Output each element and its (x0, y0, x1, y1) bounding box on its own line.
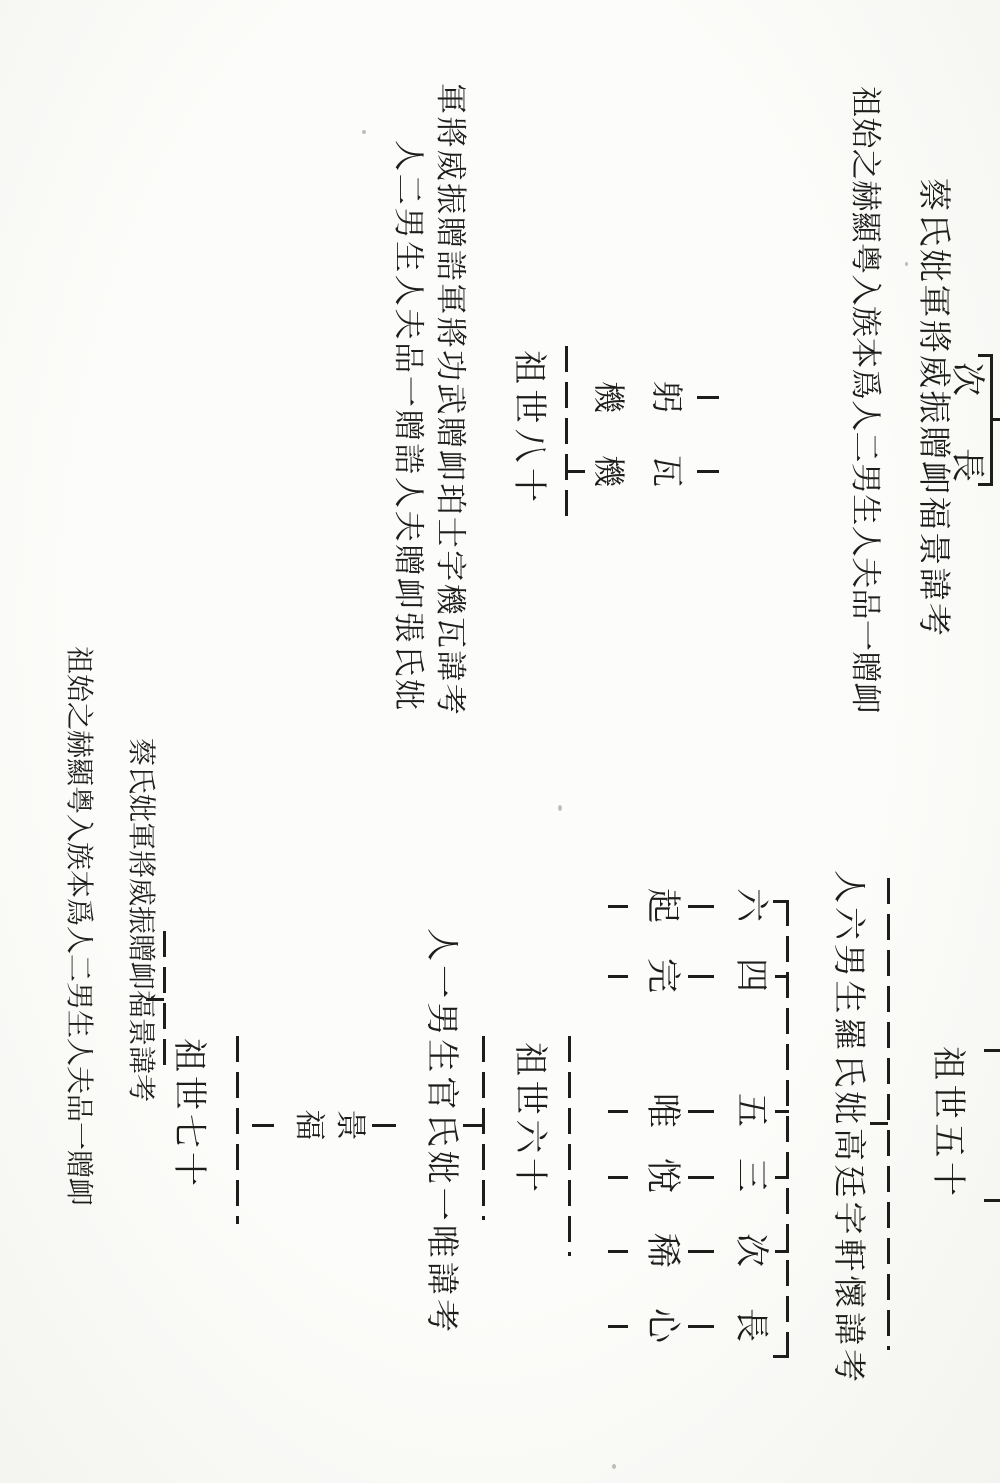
genealogy-chart: 祖世五十 人六男生羅氏妣高廷字軒懷諱考 六 起 四 完 五 唯 三 悅 次 稀 (0, 0, 1000, 1483)
gen18-mother-line: 人二男生人夫品一贈誥人夫贈卹張氏妣 (393, 140, 424, 710)
brace-hook (978, 354, 993, 357)
son-name: 起 (645, 888, 680, 923)
son-tail-line (608, 1325, 628, 1328)
son-tail-line (252, 1124, 274, 1127)
bracket-tick (775, 1250, 789, 1253)
gen15-rail-line (887, 878, 890, 1350)
son-name: 悅 (645, 1158, 680, 1193)
son-rank-label: 六 (733, 888, 767, 922)
son-name: 稀 (645, 1233, 680, 1268)
gen16-lower-rail (482, 1036, 485, 1220)
gen16-son-name: 景福 (294, 1109, 366, 1141)
gen16-upper-rail (568, 1036, 571, 1256)
son-tail-line (608, 1176, 628, 1179)
son-rank-label: 次 (733, 1233, 767, 1267)
gen17-mother-line: 祖始之赫顯粤入族本爲人二男生人夫品一贈卹 (64, 646, 92, 1206)
son-connector (688, 975, 714, 978)
gen18-rail (565, 346, 568, 526)
son-tail-line (608, 905, 628, 908)
gen15-drop-tick (870, 1122, 888, 1125)
bracket-tick (775, 975, 789, 978)
gen15-sons-bracket (786, 900, 789, 1358)
son-name: 瓦機 (593, 454, 683, 488)
gen18-up-tick (568, 470, 585, 473)
son-connector (697, 470, 719, 473)
scan-area: 祖世五十 人六男生羅氏妣高廷字軒懷諱考 六 起 四 完 五 唯 三 悅 次 稀 (0, 0, 1000, 1483)
gen16-drop-tick (463, 1124, 483, 1127)
gen15-parents-line: 人六男生羅氏妣高廷字軒懷諱考 (831, 870, 864, 1382)
bracket-hook (773, 1355, 789, 1358)
son-rank-label: 三 (733, 1158, 767, 1192)
bracket-tick (775, 1110, 789, 1113)
scan-speck (905, 262, 908, 266)
gen17-repeat-father-line: 蔡氏妣軍將威振贈卹福景諱考 (916, 178, 949, 636)
gen17-lower-rail (163, 931, 166, 1073)
gen17-heading: 祖世七十 (171, 1038, 205, 1186)
gen15-heading: 祖世五十 (930, 1046, 964, 1196)
scan-speck (612, 1464, 616, 1469)
son-name: 心 (645, 1308, 680, 1343)
bracket-hook (773, 900, 789, 903)
son-name: 唯 (645, 1093, 680, 1128)
gen17-repeat-mother-line: 祖始之赫顯粤入族本爲人二男生人夫品一贈卹 (850, 86, 881, 714)
son-connector (372, 1124, 396, 1127)
gen16-heading: 祖世六十 (512, 1042, 546, 1192)
son-connector (688, 1325, 714, 1328)
son-rank-label: 長 (733, 1308, 767, 1342)
top-edge-connector-line (984, 1049, 1000, 1052)
son-connector (688, 1250, 714, 1253)
son-rank-label: 次 (949, 362, 983, 396)
son-connector (697, 396, 719, 399)
scanned-genealogy-page: { "page": { "paper_color": "#f9f9f6", "i… (0, 0, 1000, 1483)
brace-hook (978, 483, 993, 486)
son-rank-label: 四 (733, 958, 767, 992)
gen16-parents-line: 人一男生官氏妣一唯諱考 (424, 928, 457, 1332)
gen18-heading: 祖世八十 (511, 350, 545, 502)
gen17-upper-rail (236, 1036, 239, 1224)
son-name: 躬機 (593, 380, 683, 414)
son-connector (688, 1176, 714, 1179)
son-tail-line (608, 975, 628, 978)
gen17-father-line: 蔡氏妣軍將威振贈卹福景諱考 (126, 738, 154, 1100)
son-name: 完 (645, 958, 680, 993)
son-connector (688, 905, 714, 908)
son-rank-label: 五 (733, 1093, 767, 1127)
bracket-tick (775, 1176, 789, 1179)
top-edge-connector-line (984, 1199, 1000, 1202)
son-tail-line (608, 1250, 628, 1253)
gen18-father-line: 軍將威振贈誥軍將功武贈卹珀士字機瓦諱考 (435, 83, 466, 715)
scan-speck (362, 130, 366, 134)
son-rank-label: 長 (949, 448, 983, 482)
brace-stem (991, 418, 1000, 421)
son-tail-line (608, 1110, 628, 1113)
son-connector (688, 1110, 714, 1113)
scan-speck (558, 805, 562, 811)
